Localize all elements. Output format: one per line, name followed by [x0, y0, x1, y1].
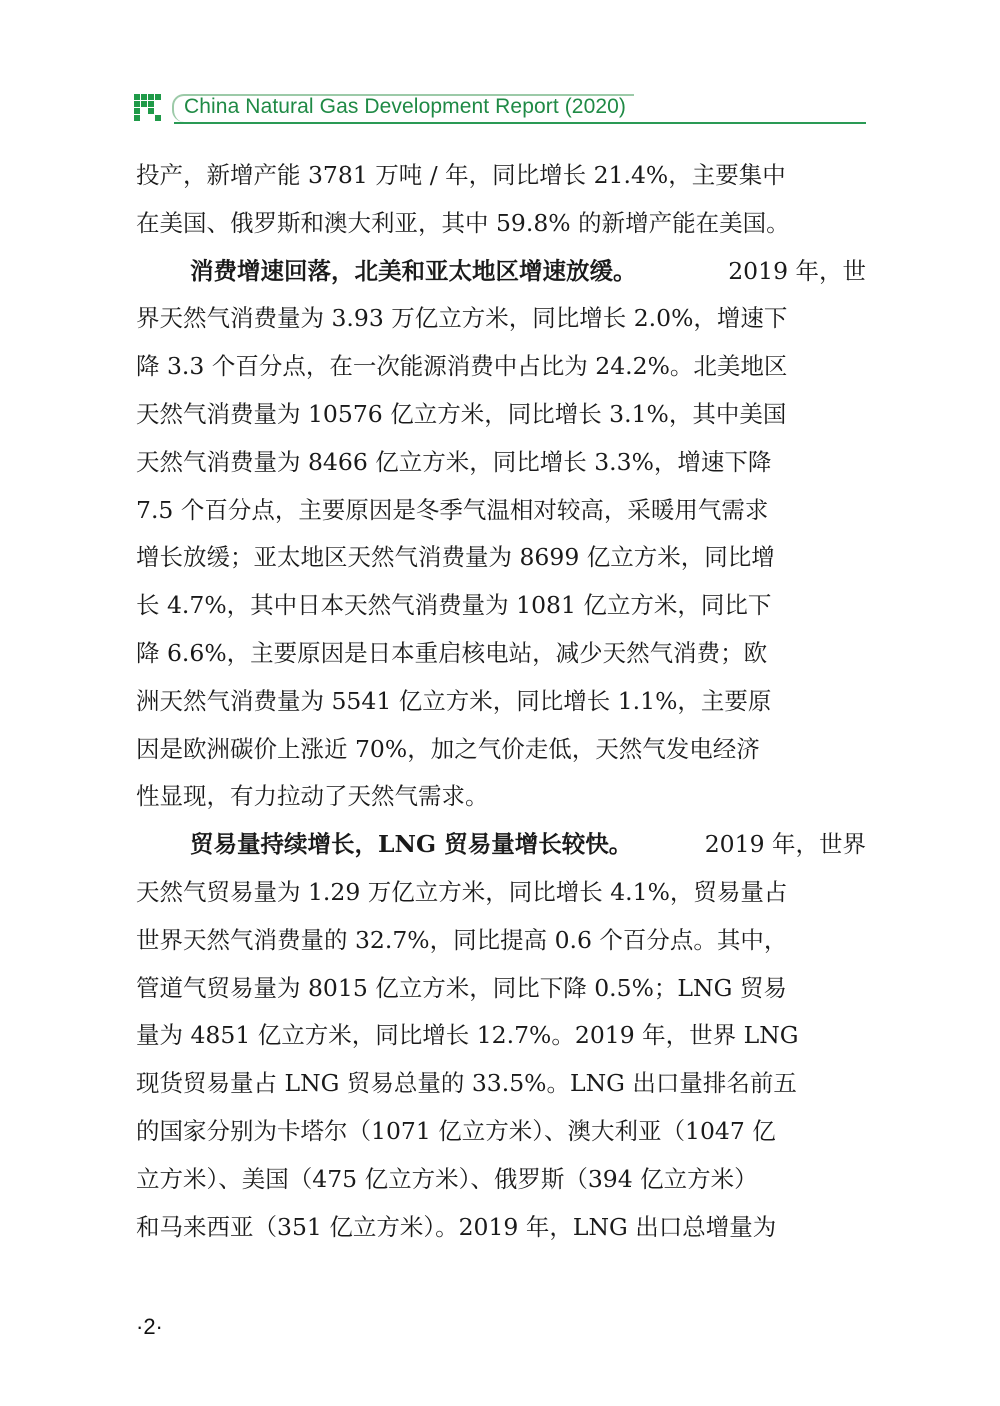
text-span: 2019 年，世界 [705, 821, 866, 869]
text-line: 天然气消费量为 10576 亿立方米，同比增长 3.1%，其中美国 [136, 391, 866, 439]
text-line: 投产，新增产能 3781 万吨 / 年，同比增长 21.4%，主要集中 [136, 152, 866, 200]
text-line: 的国家分别为卡塔尔（1071 亿立方米）、澳大利亚（1047 亿 [136, 1108, 866, 1156]
text-line: 降 6.6%，主要原因是日本重启核电站，减少天然气消费；欧 [136, 630, 866, 678]
paragraph-first-line: 消费增速回落，北美和亚太地区增速放缓。 2019 年，世 [136, 248, 866, 296]
text-line: 量为 4851 亿立方米，同比增长 12.7%。2019 年，世界 LNG [136, 1012, 866, 1060]
text-line: 天然气贸易量为 1.29 万亿立方米，同比增长 4.1%，贸易量占 [136, 869, 866, 917]
text-line: 7.5 个百分点，主要原因是冬季气温相对较高，采暖用气需求 [136, 487, 866, 535]
header-rule [174, 122, 866, 124]
text-line: 增长放缓；亚太地区天然气消费量为 8699 亿立方米，同比增 [136, 534, 866, 582]
text-line: 现货贸易量占 LNG 贸易总量的 33.5%。LNG 出口量排名前五 [136, 1060, 866, 1108]
text-line: 洲天然气消费量为 5541 亿立方米，同比增长 1.1%，主要原 [136, 678, 866, 726]
paragraph-heading: 消费增速回落，北美和亚太地区增速放缓。 [190, 248, 637, 296]
page-header: China Natural Gas Development Report (20… [134, 92, 866, 126]
text-span: 2019 年，世 [728, 248, 866, 296]
report-title: China Natural Gas Development Report (20… [184, 95, 626, 119]
text-line: 天然气消费量为 8466 亿立方米，同比增长 3.3%，增速下降 [136, 439, 866, 487]
text-line: 世界天然气消费量的 32.7%，同比提高 0.6 个百分点。其中， [136, 917, 866, 965]
text-line: 立方米）、美国（475 亿立方米）、俄罗斯（394 亿立方米） [136, 1156, 866, 1204]
paragraph-heading: 贸易量持续增长，LNG 贸易量增长较快。 [190, 821, 632, 869]
report-logo-icon [134, 94, 162, 122]
text-line: 因是欧洲碳价上涨近 70%，加之气价走低，天然气发电经济 [136, 726, 866, 774]
text-line: 长 4.7%，其中日本天然气消费量为 1081 亿立方米，同比下 [136, 582, 866, 630]
text-line: 降 3.3 个百分点，在一次能源消费中占比为 24.2%。北美地区 [136, 343, 866, 391]
paragraph-first-line: 贸易量持续增长，LNG 贸易量增长较快。 2019 年，世界 [136, 821, 866, 869]
text-line: 和马来西亚（351 亿立方米）。2019 年，LNG 出口总增量为 [136, 1204, 866, 1252]
text-line: 管道气贸易量为 8015 亿立方米，同比下降 0.5%；LNG 贸易 [136, 965, 866, 1013]
page-number: ·2· [136, 1314, 163, 1340]
text-line: 界天然气消费量为 3.93 万亿立方米，同比增长 2.0%，增速下 [136, 295, 866, 343]
text-line: 性显现，有力拉动了天然气需求。 [136, 773, 866, 821]
body-text: 投产，新增产能 3781 万吨 / 年，同比增长 21.4%，主要集中 在美国、… [136, 152, 866, 1251]
text-line: 在美国、俄罗斯和澳大利亚，其中 59.8% 的新增产能在美国。 [136, 200, 866, 248]
